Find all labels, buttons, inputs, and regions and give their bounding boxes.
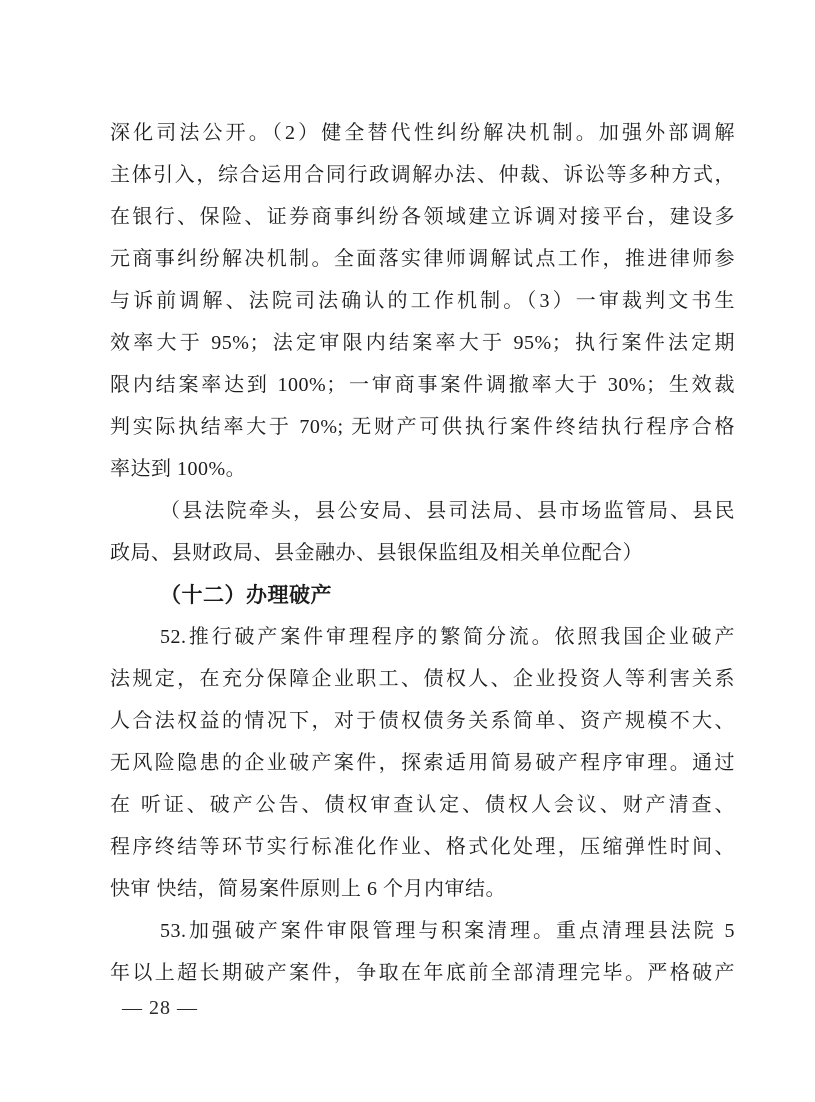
text-line: 主体引入，综合运用合同行政调解办法、仲裁、诉讼等多种方式， <box>110 154 735 196</box>
text-line: 效率大于 95%；法定审限内结案率大于 95%；执行案件法定期 <box>110 322 735 364</box>
text-line: 在 听证、破产公告、债权审查认定、债权人会议、财产清查、 <box>110 784 735 826</box>
page-number: — 28 — <box>122 992 198 1024</box>
section-heading: （十二）办理破产 <box>110 574 735 616</box>
document-body: 深化司法公开。（2）健全替代性纠纷解决机制。加强外部调解 主体引入，综合运用合同… <box>110 112 735 994</box>
text-line: 判实际执结率大于 70%; 无财产可供执行案件终结执行程序合格 <box>110 406 735 448</box>
text-line-item-53: 53.加强破产案件审限管理与积案清理。重点清理县法院 5 <box>110 910 735 952</box>
text-line: 程序终结等环节实行标准化作业、格式化处理，压缩弹性时间、 <box>110 826 735 868</box>
document-page: 深化司法公开。（2）健全替代性纠纷解决机制。加强外部调解 主体引入，综合运用合同… <box>0 0 815 1102</box>
text-line: 人合法权益的情况下，对于债权债务关系简单、资产规模不大、 <box>110 700 735 742</box>
text-line: 法规定，在充分保障企业职工、债权人、企业投资人等利害关系 <box>110 658 735 700</box>
text-line: 率达到 100%。 <box>110 448 735 490</box>
text-line: 元商事纠纷解决机制。全面落实律师调解试点工作，推进律师参 <box>110 238 735 280</box>
text-line-responsible-units: （县法院牵头，县公安局、县司法局、县市场监管局、县民 <box>110 490 735 532</box>
text-line: 在银行、保险、证券商事纠纷各领域建立诉调对接平台，建设多 <box>110 196 735 238</box>
text-line: 无风险隐患的企业破产案件，探索适用简易破产程序审理。通过 <box>110 742 735 784</box>
text-line: 深化司法公开。（2）健全替代性纠纷解决机制。加强外部调解 <box>110 112 735 154</box>
text-line: 快审 快结，简易案件原则上 6 个月内审结。 <box>110 868 735 910</box>
text-line: 限内结案率达到 100%；一审商事案件调撤率大于 30%；生效裁 <box>110 364 735 406</box>
text-line-item-52: 52.推行破产案件审理程序的繁简分流。依照我国企业破产 <box>110 616 735 658</box>
text-line-responsible-units: 政局、县财政局、县金融办、县银保监组及相关单位配合） <box>110 532 735 574</box>
text-line: 年以上超长期破产案件，争取在年底前全部清理完毕。严格破产 <box>110 952 735 994</box>
text-line: 与诉前调解、法院司法确认的工作机制。（3）一审裁判文书生 <box>110 280 735 322</box>
